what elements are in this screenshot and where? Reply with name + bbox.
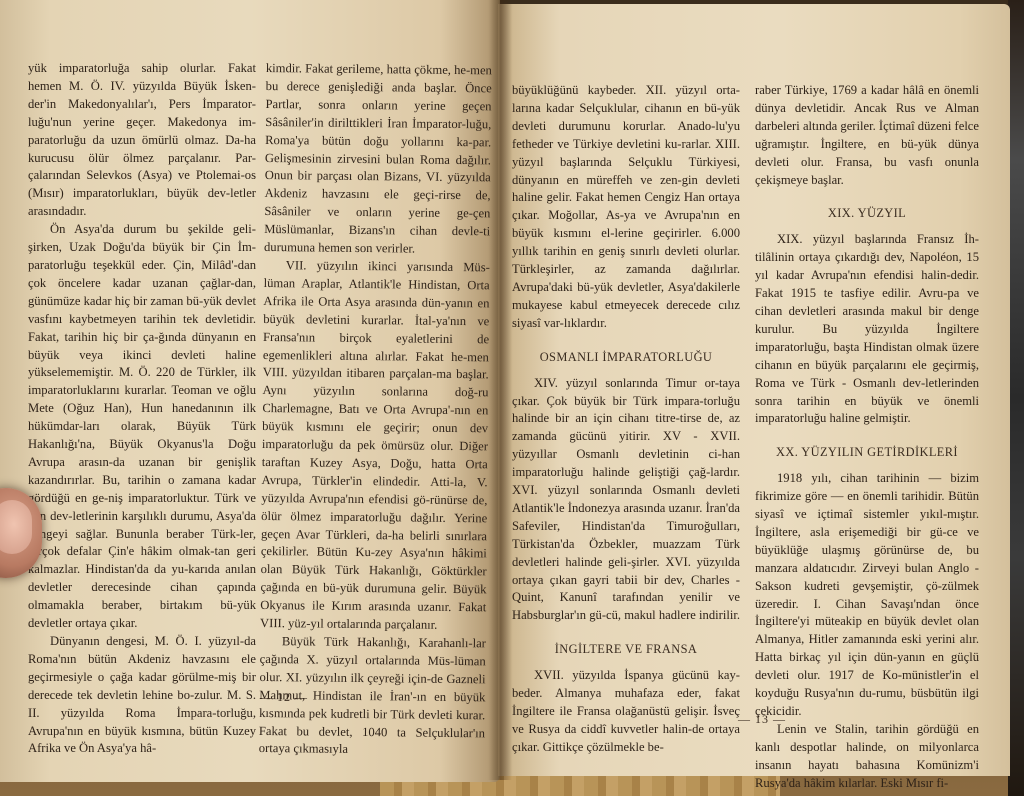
paragraph: kimdir. Fakat gerileme, hatta çökme, he-… bbox=[264, 60, 492, 259]
left-page: yük imparatorluğa sahip olurlar. Fakat h… bbox=[0, 0, 500, 782]
section-heading-xx-yuzyil: XX. YÜZYILIN GETİRDİKLERİ bbox=[755, 444, 979, 462]
paragraph: Ön Asya'da durum bu şekilde geli-şirken,… bbox=[28, 221, 256, 633]
thumbnail-highlight bbox=[0, 500, 32, 554]
section-heading-ingiltere: İNGİLTERE VE FRANSA bbox=[512, 641, 740, 659]
left-page-column-1: yük imparatorluğa sahip olurlar. Fakat h… bbox=[28, 60, 256, 758]
right-page: büyüklüğünü kaybeder. XII. yüzyıl orta-l… bbox=[498, 4, 1010, 776]
paragraph: XIX. yüzyıl başlarında Fransız İh-tilâli… bbox=[755, 231, 979, 428]
book-spine bbox=[488, 0, 512, 780]
right-page-column-2: raber Türkiye, 1769 a kadar hâlâ en önem… bbox=[755, 82, 979, 793]
paragraph: Lenin ve Stalin, tarihin gördüğü en kanl… bbox=[755, 721, 979, 793]
right-page-column-1: büyüklüğünü kaybeder. XII. yüzyıl orta-l… bbox=[512, 82, 740, 757]
paragraph: XIV. yüzyıl sonlarında Timur or-taya çık… bbox=[512, 375, 740, 626]
paragraph: VII. yüzyılın ikinci yarısında Müs-lüman… bbox=[260, 257, 490, 635]
page-number-right: — 13 — bbox=[738, 712, 786, 727]
paragraph: 1918 yılı, cihan tarihinin — bizim fikri… bbox=[755, 470, 979, 721]
right-edge-background bbox=[1008, 0, 1024, 796]
paragraph: Dünyanın dengesi, M. Ö. I. yüzyıl-da Rom… bbox=[28, 633, 256, 758]
page-number-left: — 12 — bbox=[260, 690, 308, 705]
section-heading-xix-yuzyil: XIX. YÜZYIL bbox=[755, 205, 979, 223]
paragraph: raber Türkiye, 1769 a kadar hâlâ en önem… bbox=[755, 82, 979, 189]
paragraph: yük imparatorluğa sahip olurlar. Fakat h… bbox=[28, 60, 256, 221]
paragraph: büyüklüğünü kaybeder. XII. yüzyıl orta-l… bbox=[512, 82, 740, 333]
paragraph: XVII. yüzyılda İspanya gücünü kay-beder.… bbox=[512, 667, 740, 757]
left-page-column-2: kimdir. Fakat gerileme, hatta çökme, he-… bbox=[259, 60, 492, 761]
section-heading-osmanli: OSMANLI İMPARATORLUĞU bbox=[512, 349, 740, 367]
